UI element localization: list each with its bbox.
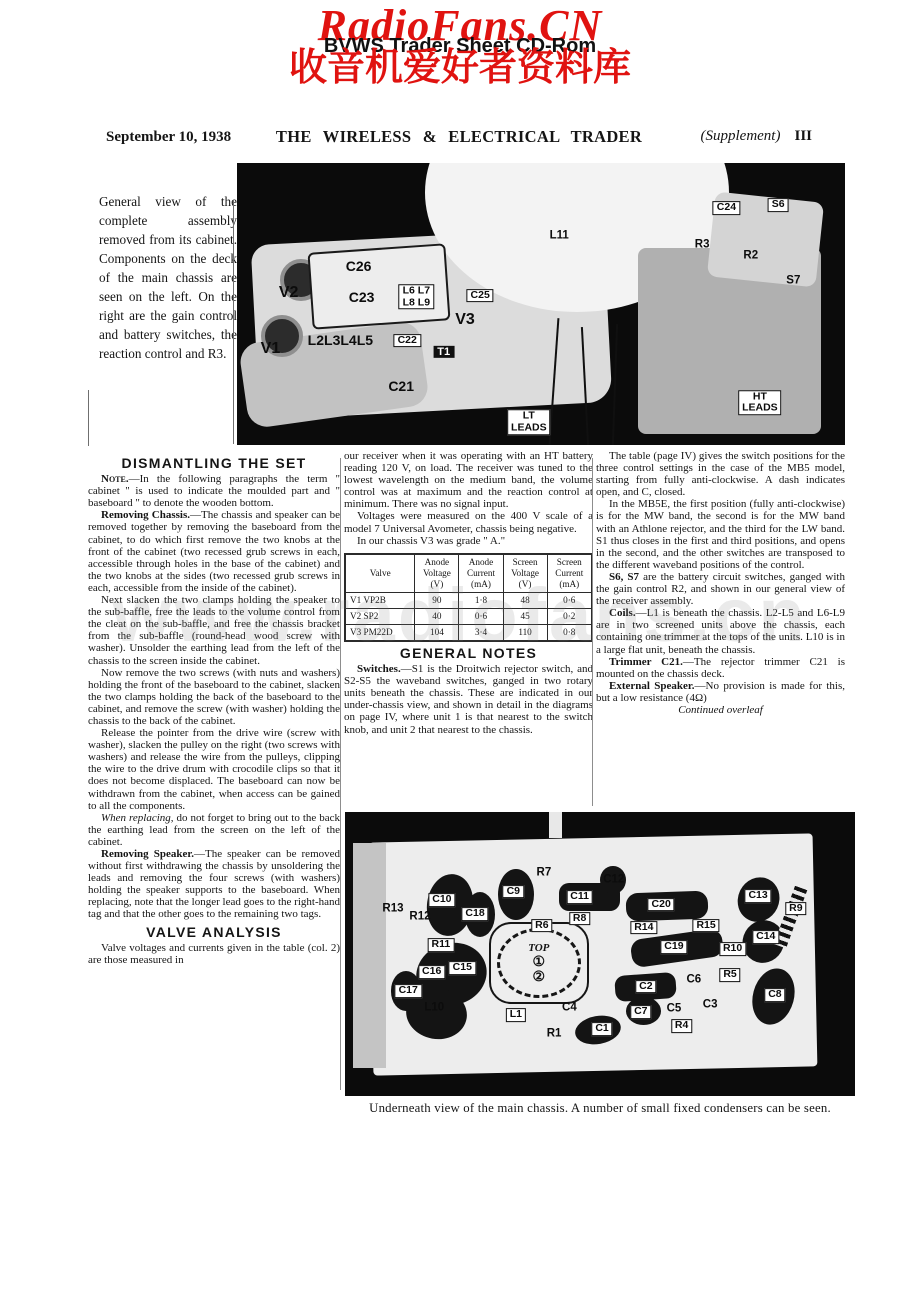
- photo-label: C10: [428, 893, 455, 907]
- table-cell: 0·2: [547, 608, 592, 624]
- paragraph: In the MB5E, the first position (fully a…: [596, 498, 845, 571]
- wire-lead: [612, 324, 618, 445]
- photo-label: L10: [424, 1002, 444, 1015]
- photo-label: C16: [418, 966, 445, 980]
- table-header-cell: Screen Current (mA): [547, 554, 592, 593]
- table-cell: V1 VP2B: [345, 592, 415, 608]
- photo-label: L11: [550, 230, 569, 243]
- photo-label: HT LEADS: [738, 390, 782, 416]
- paragraph: Trimmer C21.—The rejector trimmer C21 is…: [596, 656, 845, 680]
- chassis-front-edge: [353, 843, 386, 1067]
- table-cell: 0·8: [547, 624, 592, 641]
- table-row: V2 SP2400·6450·2: [345, 608, 592, 624]
- table-cell: V3 PM22D: [345, 624, 415, 641]
- photo-label: R15: [692, 919, 719, 933]
- section-heading: VALVE ANALYSIS: [88, 926, 340, 938]
- table-cell: 110: [503, 624, 547, 641]
- paragraph: Switches.—S1 is the Droitwich rejector s…: [344, 663, 593, 736]
- dial-dashed-circle: TOP ① ②: [497, 928, 581, 998]
- paragraph: Now remove the two screws (with nuts and…: [88, 667, 340, 727]
- photo-label: C14: [752, 930, 779, 944]
- masthead-right: (Supplement)III: [701, 128, 813, 145]
- table-header-cell: Screen Voltage (V): [503, 554, 547, 593]
- photo-label: C11: [566, 890, 593, 904]
- valve-analysis-table: ValveAnode Voltage (V)Anode Current (mA)…: [344, 553, 593, 642]
- photo-label: R14: [630, 921, 657, 935]
- photo-label: T1: [433, 346, 454, 358]
- masthead: September 10, 1938 THE WIRELESS & ELECTR…: [106, 127, 812, 151]
- paragraph: Voltages were measured on the 400 V scal…: [344, 510, 593, 534]
- paragraph-lead: Trimmer C21.: [609, 656, 683, 668]
- photo-label: C7: [630, 1005, 651, 1019]
- paragraph-lead-italic: When replacing,: [101, 812, 174, 824]
- table-cell: 0·6: [547, 592, 592, 608]
- photo-label: R9: [785, 902, 806, 916]
- photo-label: C17: [395, 984, 422, 998]
- table-cell: 3·4: [459, 624, 503, 641]
- photo-label: R5: [719, 968, 740, 982]
- photo-label: C24: [713, 201, 740, 215]
- photo-label: C20: [648, 898, 675, 912]
- column-1: DISMANTLING THE SETNote.—In the followin…: [88, 452, 340, 966]
- caption-rule-right: [233, 200, 234, 444]
- photo-label: C18: [461, 907, 488, 921]
- table-row: V1 VP2B901·8480·6: [345, 592, 592, 608]
- photo-label: C6: [686, 973, 701, 986]
- paragraph: Removing Chassis.—The chassis and speake…: [88, 509, 340, 594]
- photo-label: C4: [562, 1002, 577, 1015]
- photo-label: C15: [449, 961, 476, 975]
- drive-shaft: [549, 812, 562, 838]
- paragraph-lead: S6, S7: [609, 571, 639, 583]
- paragraph-lead: Switches.: [357, 663, 401, 675]
- photo-label: R6: [531, 919, 552, 933]
- chassis-top-photo: C26C23V2V1L6 L7 L8 L9C25V3L2L3L4L5C22T1C…: [237, 163, 845, 445]
- photo-label: V1: [261, 340, 281, 358]
- service-sheet-page: RadioFans.CN BVWS Trader Sheet CD-Rom 收音…: [0, 0, 920, 1302]
- photo-label: C26: [346, 259, 372, 275]
- section-heading: DISMANTLING THE SET: [88, 457, 340, 469]
- table-cell: 90: [415, 592, 459, 608]
- photo-label: L2L3L4L5: [308, 333, 373, 349]
- table-cell: 48: [503, 592, 547, 608]
- table-header-cell: Valve: [345, 554, 415, 593]
- photo-label: C21: [388, 379, 414, 395]
- photo-label: C3: [703, 999, 718, 1012]
- photo-label: R11: [428, 939, 455, 953]
- table-cell: 104: [415, 624, 459, 641]
- photo-label: R10: [719, 943, 746, 957]
- photo-label: R2: [743, 250, 758, 263]
- photo-label: R3: [695, 238, 710, 251]
- paragraph: Coils.—L1 is beneath the chassis. L2-L5 …: [596, 607, 845, 655]
- paragraph: Continued overleaf: [596, 704, 845, 716]
- table-header-cell: Anode Voltage (V): [415, 554, 459, 593]
- photo-label: C5: [667, 1003, 682, 1016]
- paragraph: Release the pointer from the drive wire …: [88, 727, 340, 812]
- photo-label: R4: [671, 1020, 692, 1034]
- caption-rule-left: [88, 390, 89, 446]
- paragraph-lead: Removing Speaker.: [101, 848, 194, 860]
- photo-label: R12: [409, 911, 430, 924]
- table-cell: 45: [503, 608, 547, 624]
- photo-label: L6 L7 L8 L9: [399, 284, 434, 310]
- paragraph: In our chassis V3 was grade " A.": [344, 535, 593, 547]
- photo-label: C13: [744, 889, 771, 903]
- paragraph-lead: Removing Chassis.: [101, 509, 190, 521]
- section-heading: GENERAL NOTES: [344, 647, 593, 659]
- table-cell: V2 SP2: [345, 608, 415, 624]
- photo-label: C1: [591, 1022, 612, 1036]
- page-folio: III: [794, 128, 812, 144]
- photo-label: C23: [349, 291, 375, 307]
- photo-label: C2: [635, 980, 656, 994]
- chassis-underneath-photo: TOP ① ② R13R12C10C18R11C16C15C17L10C9R7C…: [345, 812, 855, 1096]
- paragraph-lead: External Speaker.: [609, 680, 695, 692]
- photo-label: R7: [537, 867, 552, 880]
- photo-label: C19: [660, 941, 687, 955]
- paragraph: External Speaker.—No provision is made f…: [596, 680, 845, 704]
- photo-label: R8: [569, 912, 590, 926]
- table-header-cell: Anode Current (mA): [459, 554, 503, 593]
- photo-label: R1: [547, 1027, 562, 1040]
- paragraph: When replacing, do not forget to bring o…: [88, 812, 340, 848]
- paragraph: our receiver when it was operating with …: [344, 450, 593, 510]
- top-photo-side-caption: General view of the complete assembly re…: [99, 192, 237, 363]
- photo-label: C12: [603, 874, 624, 887]
- column-3: The table (page IV) gives the switch pos…: [596, 450, 845, 716]
- dial-number-2: ②: [533, 969, 546, 984]
- table-cell: 0·6: [459, 608, 503, 624]
- column-rule-1: [340, 458, 341, 1090]
- bottom-photo-caption: Underneath view of the main chassis. A n…: [340, 1101, 860, 1116]
- paragraph: S6, S7 are the battery circuit switches,…: [596, 571, 845, 607]
- column-rule-2: [592, 458, 593, 806]
- paragraph: Next slacken the two clamps holding the …: [88, 594, 340, 667]
- paragraph: Note.—In the following paragraphs the te…: [88, 473, 340, 509]
- photo-label: C9: [503, 885, 524, 899]
- photo-label: V3: [455, 311, 475, 329]
- paragraph: The table (page IV) gives the switch pos…: [596, 450, 845, 498]
- photo-label: R13: [382, 902, 403, 915]
- tuning-drum-dial: TOP ① ②: [489, 922, 589, 1004]
- photo-label: S7: [786, 275, 800, 288]
- paragraph-lead: Coils.: [609, 607, 636, 619]
- supplement-label: (Supplement): [701, 128, 781, 144]
- table-row: V3 PM22D1043·41100·8: [345, 624, 592, 641]
- photo-label: C22: [394, 334, 421, 348]
- photo-label: C8: [764, 988, 785, 1002]
- photo-label: V2: [279, 284, 299, 302]
- table-cell: 40: [415, 608, 459, 624]
- paragraph-lead: Note.: [101, 473, 129, 485]
- paragraph: Valve voltages and currents given in the…: [88, 942, 340, 966]
- photo-label: C25: [467, 289, 494, 303]
- photo-label: S6: [768, 198, 789, 212]
- table-cell: 1·8: [459, 592, 503, 608]
- photo-label: L1: [506, 1008, 526, 1022]
- paragraph: Removing Speaker.—The speaker can be rem…: [88, 848, 340, 921]
- photo-label: LT LEADS: [507, 410, 551, 436]
- column-2: our receiver when it was operating with …: [344, 450, 593, 736]
- dial-number-1: ①: [533, 954, 546, 969]
- stamp-chinese-text: 收音机爱好者资料库: [0, 49, 920, 89]
